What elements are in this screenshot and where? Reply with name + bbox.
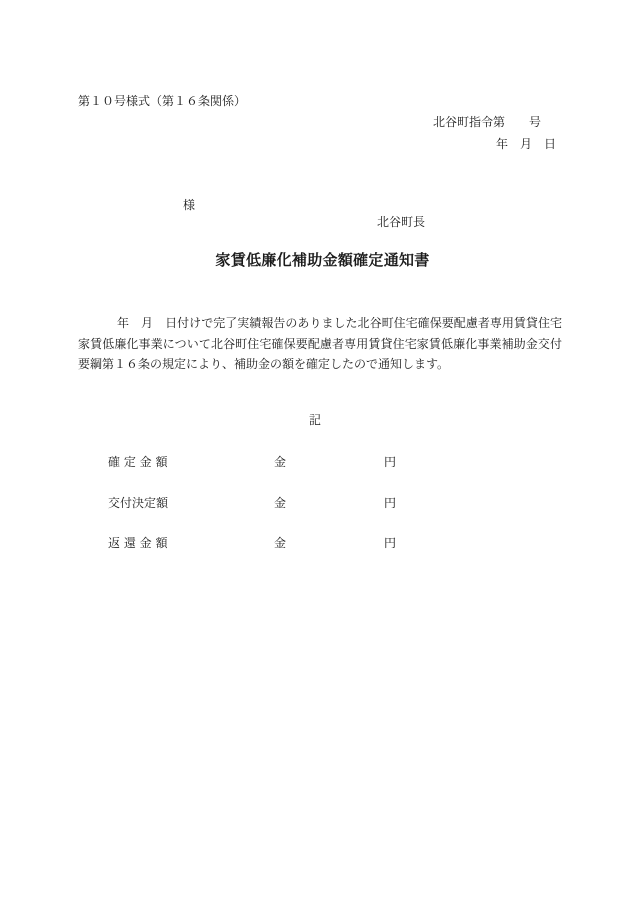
currency-prefix: 金 xyxy=(274,452,286,472)
document-title: 家賃低廉化補助金額確定通知書 xyxy=(0,249,630,271)
addressee-honorific: 様 xyxy=(183,195,195,215)
date-line: 年 月 日 xyxy=(496,134,556,154)
amount-label: 返 還 金 額 xyxy=(108,533,167,553)
currency-unit: 円 xyxy=(384,493,396,513)
amount-label: 交付決定額 xyxy=(108,493,168,513)
amount-label: 確 定 金 額 xyxy=(108,452,167,472)
directive-number-line: 北谷町指令第 号 xyxy=(433,112,541,132)
currency-prefix: 金 xyxy=(274,493,286,513)
document-page: 第１０号様式（第１６条関係） 北谷町指令第 号 年 月 日 様 北谷町長 家賃低… xyxy=(0,0,630,903)
body-paragraph: 年 月 日付けで完了実績報告のありました北谷町住宅確保要配慮者専用賃貸住宅 家賃… xyxy=(78,313,562,375)
currency-unit: 円 xyxy=(384,533,396,553)
form-number: 第１０号様式（第１６条関係） xyxy=(78,91,246,111)
amount-row-confirmed: 確 定 金 額 金 円 xyxy=(78,452,562,472)
amount-row-refund: 返 還 金 額 金 円 xyxy=(78,533,562,553)
currency-prefix: 金 xyxy=(274,533,286,553)
record-heading: 記 xyxy=(0,410,630,430)
currency-unit: 円 xyxy=(384,452,396,472)
amount-row-granted: 交付決定額 金 円 xyxy=(78,493,562,513)
body-line: 年 月 日付けで完了実績報告のありました北谷町住宅確保要配慮者専用賃貸住宅 xyxy=(78,313,562,334)
body-line: 家賃低廉化事業について北谷町住宅確保要配慮者専用賃貸住宅家賃低廉化事業補助金交付 xyxy=(78,334,562,355)
body-line: 要綱第１６条の規定により、補助金の額を確定したので通知します。 xyxy=(78,354,562,375)
sender-title: 北谷町長 xyxy=(377,212,425,232)
